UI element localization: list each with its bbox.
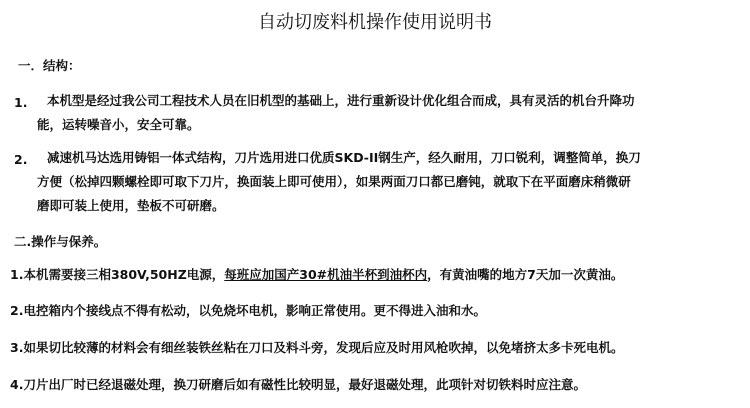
item-1-line-1: 本机型是经过我公司工程技术人员在旧机型的基础上，进行重新设计优化组合而成，具有灵… <box>37 89 635 113</box>
document-title: 自动切废料机操作使用说明书 <box>0 8 750 34</box>
op-item-1-suffix: ，有黄油嘴的地方7天加一次黄油。 <box>427 267 623 282</box>
item-1-number: 1. <box>14 95 27 110</box>
item-2-line-2: 方便（松掉四颗螺栓即可取下刀片，换面装上即可使用），如果两面刀口都已磨钝，就取下… <box>37 170 641 194</box>
op-item-2: 2.电控箱内个接线点不得有松动，以免烧坏电机，影响正常使用。更不得进入油和水。 <box>10 301 486 319</box>
op-item-3: 3.如果切比较薄的材料会有细丝装铁丝粘在刀口及料斗旁，发现后应及时用风枪吹掉，以… <box>10 338 623 356</box>
item-2-paragraph: 减速机马达选用铸铝一体式结构，刀片选用进口优质SKD-II钢生产，经久耐用，刀口… <box>37 146 641 218</box>
op-item-1-prefix: 1.本机需要接三相380V,50HZ电源， <box>10 267 224 282</box>
item-1-line-2: 能，运转噪音小，安全可靠。 <box>37 113 635 137</box>
op-item-4: 4.刀片出厂时已经退磁处理，换刀研磨后如有磁性比较明显，最好退磁处理，此项针对切… <box>10 375 586 393</box>
op-item-1-underlined: 每班应加国产30#机油半杯到油杯内 <box>224 267 427 282</box>
item-1-paragraph: 本机型是经过我公司工程技术人员在旧机型的基础上，进行重新设计优化组合而成，具有灵… <box>37 89 635 137</box>
section-1-heading: 一．结构： <box>18 56 81 74</box>
op-item-1: 1.本机需要接三相380V,50HZ电源，每班应加国产30#机油半杯到油杯内，有… <box>10 265 623 283</box>
item-2-line-3: 磨即可装上使用，垫板不可研磨。 <box>37 194 641 218</box>
section-2-heading: 二.操作与保养。 <box>14 232 106 250</box>
item-2-line-1: 减速机马达选用铸铝一体式结构，刀片选用进口优质SKD-II钢生产，经久耐用，刀口… <box>37 146 641 170</box>
item-2-number: 2. <box>14 152 27 167</box>
